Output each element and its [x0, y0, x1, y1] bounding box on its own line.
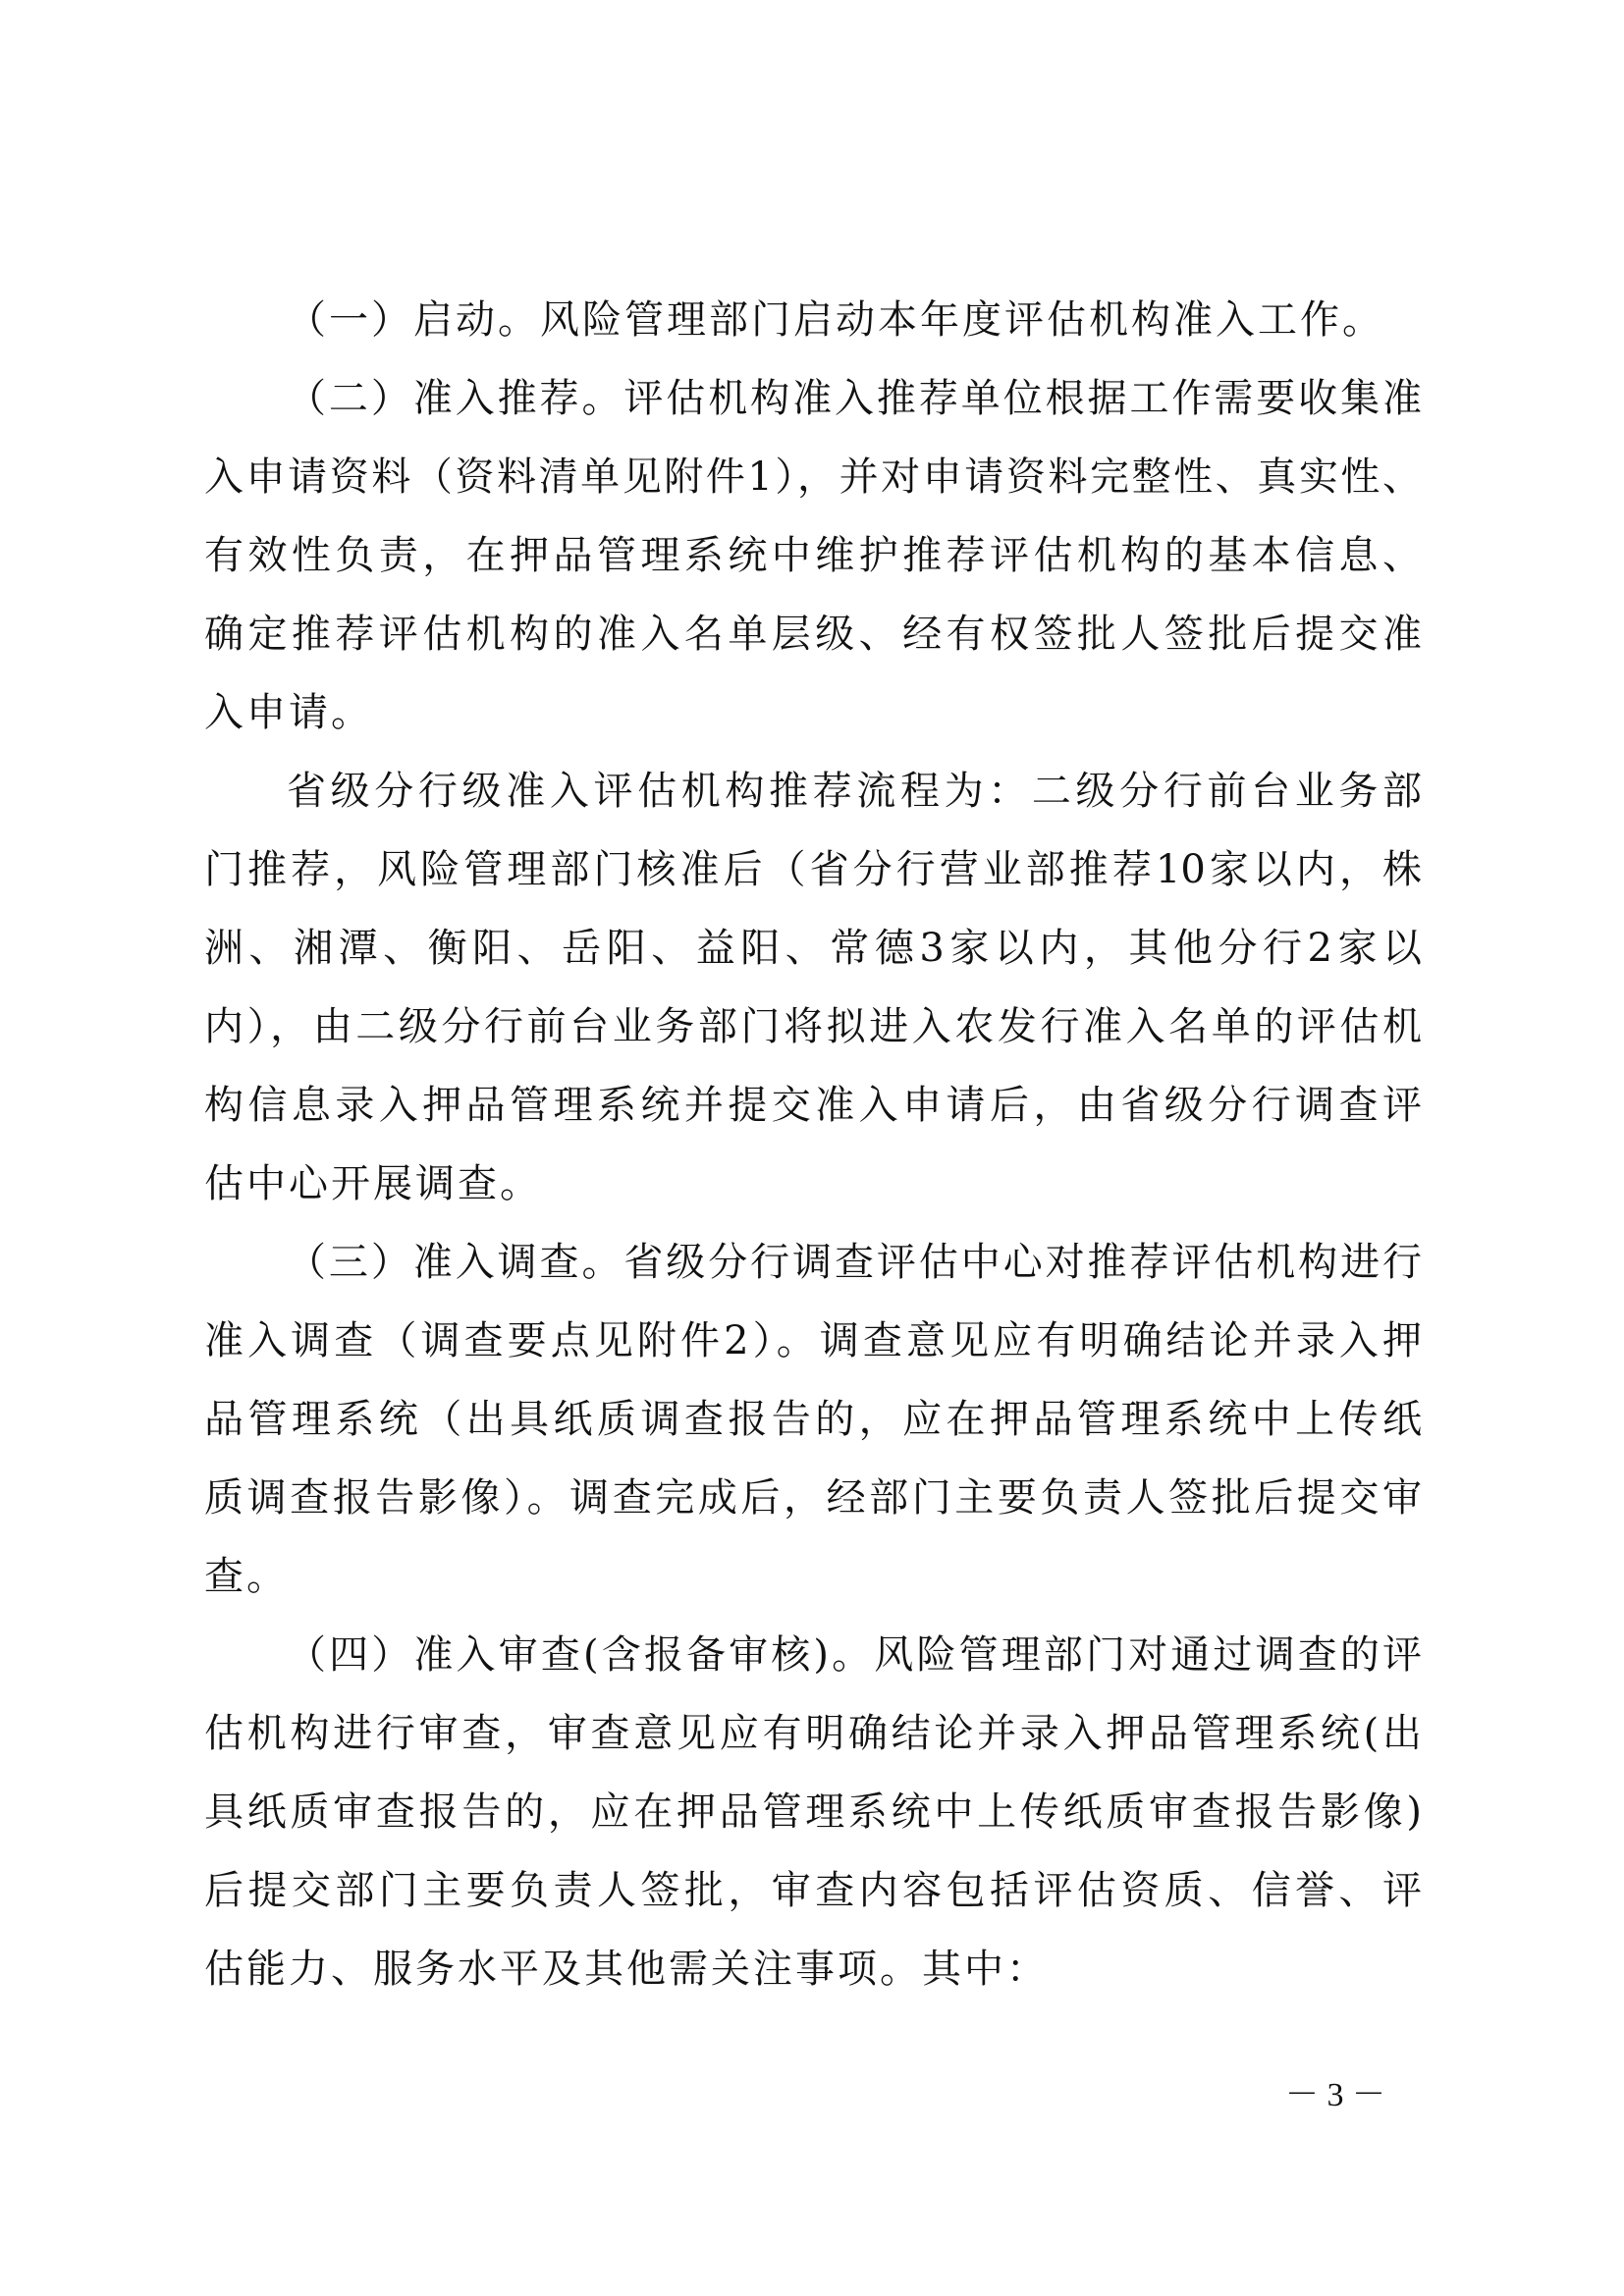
paragraph-5-line-5: 估能力、服务水平及其他需关注事项。其中：	[204, 1944, 1422, 2022]
paragraph-3-line-5: 构信息录入押品管理系统并提交准入申请后，由省级分行调查评	[204, 1080, 1422, 1158]
paragraph-4-line-1: （三）准入调查。省级分行调查评估中心对推荐评估机构进行	[287, 1237, 1422, 1315]
document-body: （一）启动。风险管理部门启动本年度评估机构准入工作。 （二）准入推荐。评估机构准…	[204, 294, 1422, 2022]
paragraph-5-line-3: 具纸质审查报告的，应在押品管理系统中上传纸质审查报告影像)	[204, 1787, 1422, 1865]
page-number: － 3 －	[1276, 2073, 1394, 2118]
paragraph-3-line-1: 省级分行级准入评估机构推荐流程为：二级分行前台业务部	[287, 766, 1422, 844]
paragraph-5-line-1: （四）准入审查(含报备审核)。风险管理部门对通过调查的评	[287, 1629, 1422, 1708]
paragraph-2-line-4: 确定推荐评估机构的准入名单层级、经有权签批人签批后提交准	[204, 609, 1422, 687]
paragraph-4-line-2: 准入调查（调查要点见附件2）。调查意见应有明确结论并录入押	[204, 1315, 1422, 1394]
paragraph-4-line-3: 品管理系统（出具纸质调查报告的，应在押品管理系统中上传纸	[204, 1394, 1422, 1472]
paragraph-2-line-5: 入申请。	[204, 687, 1422, 766]
paragraph-2-line-2: 入申请资料（资料清单见附件1），并对申请资料完整性、真实性、	[204, 452, 1422, 530]
paragraph-4-line-4: 质调查报告影像）。调查完成后，经部门主要负责人签批后提交审	[204, 1472, 1422, 1551]
paragraph-1-line-1: （一）启动。风险管理部门启动本年度评估机构准入工作。	[287, 294, 1422, 373]
paragraph-5-line-2: 估机构进行审查，审查意见应有明确结论并录入押品管理系统(出	[204, 1708, 1422, 1787]
paragraph-5-line-4: 后提交部门主要负责人签批，审查内容包括评估资质、信誉、评	[204, 1865, 1422, 1944]
paragraph-3-line-2: 门推荐，风险管理部门核准后（省分行营业部推荐10家以内，株	[204, 844, 1422, 923]
paragraph-3-line-4: 内），由二级分行前台业务部门将拟进入农发行准入名单的评估机	[204, 1001, 1422, 1080]
paragraph-2-line-1: （二）准入推荐。评估机构准入推荐单位根据工作需要收集准	[287, 373, 1422, 452]
paragraph-4-line-5: 查。	[204, 1551, 1422, 1629]
paragraph-2-line-3: 有效性负责，在押品管理系统中维护推荐评估机构的基本信息、	[204, 530, 1422, 609]
paragraph-3-line-6: 估中心开展调查。	[204, 1158, 1422, 1237]
document-page: （一）启动。风险管理部门启动本年度评估机构准入工作。 （二）准入推荐。评估机构准…	[0, 0, 1624, 2296]
paragraph-3-line-3: 洲、湘潭、衡阳、岳阳、益阳、常德3家以内，其他分行2家以	[204, 923, 1422, 1001]
